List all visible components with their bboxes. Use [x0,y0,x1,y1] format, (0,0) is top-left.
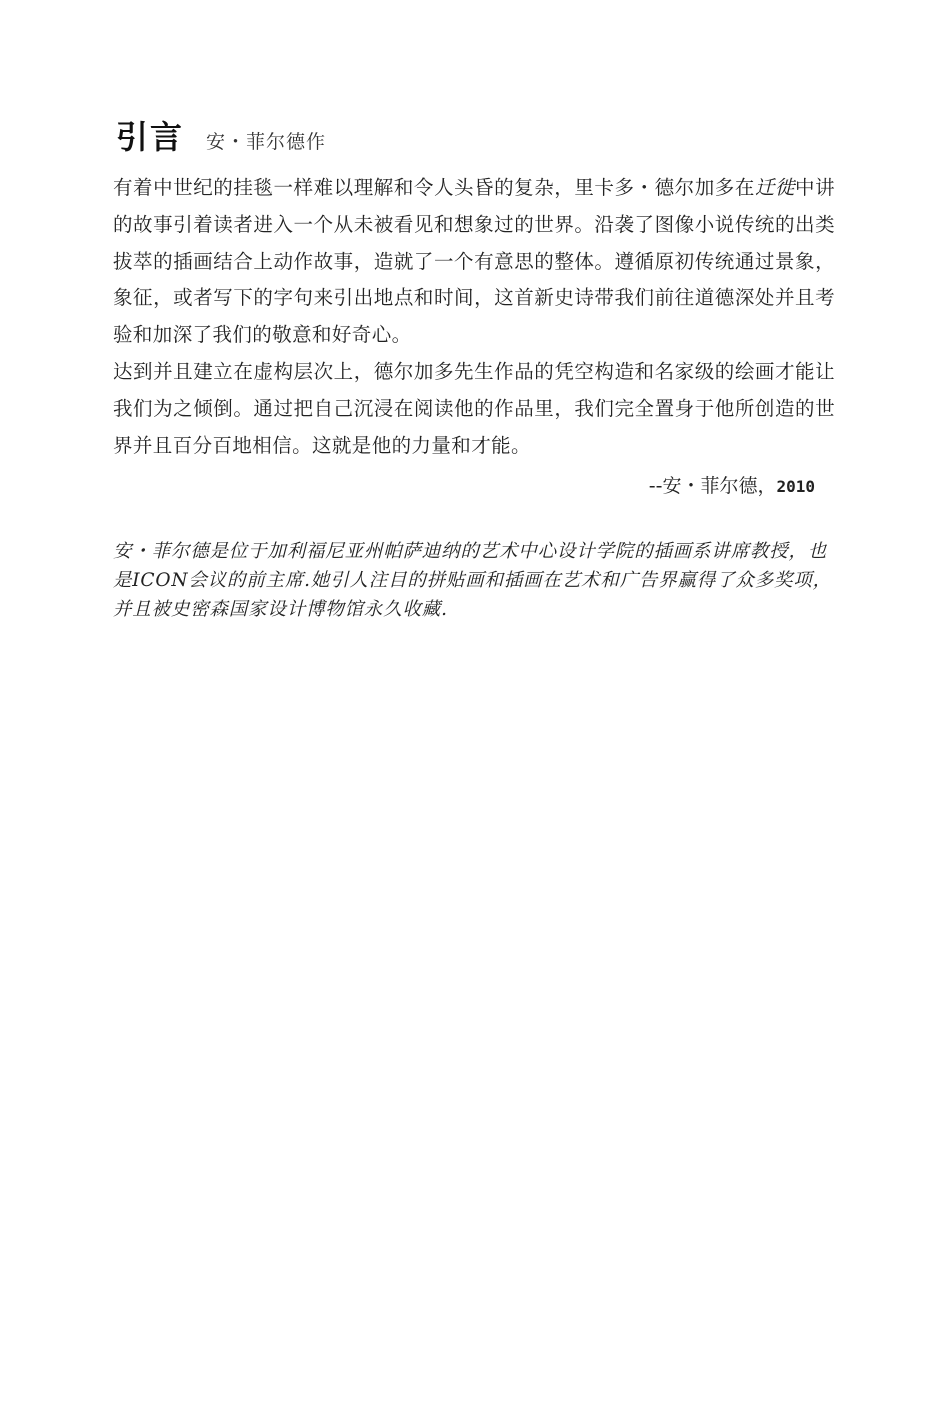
paragraph-1-text-a: 有着中世纪的挂毯一样难以理解和令人头昏的复杂，里卡多・德尔加多在 [113,176,755,199]
signature-name: --安・菲尔德， [649,475,777,497]
paragraph-2: 达到并且建立在虚构层次上，德尔加多先生作品的凭空构造和名家级的绘画才能让我们为之… [113,354,835,464]
book-title-italic: 迁徙 [755,176,795,199]
section-heading: 引言 安・菲尔德作 [116,112,326,158]
author-bio-text: 安・菲尔德是位于加利福尼亚州帕萨迪纳的艺术中心设计学院的插画系讲席教授，也是IC… [113,537,835,624]
paragraph-1: 有着中世纪的挂毯一样难以理解和令人头昏的复杂，里卡多・德尔加多在迁徙中讲的故事引… [113,170,835,354]
signature: --安・菲尔德，2010 [649,471,815,498]
introduction-body: 有着中世纪的挂毯一样难以理解和令人头昏的复杂，里卡多・德尔加多在迁徙中讲的故事引… [113,170,835,464]
page-title: 引言 [116,112,184,158]
author-byline: 安・菲尔德作 [206,127,326,154]
document-page: 引言 安・菲尔德作 有着中世纪的挂毯一样难以理解和令人头昏的复杂，里卡多・德尔加… [0,0,935,1404]
signature-year: 2010 [776,477,815,496]
paragraph-1-text-b: 中讲的故事引着读者进入一个从未被看见和想象过的世界。沿袭了图像小说传统的出类拔萃… [113,176,835,346]
author-bio: 安・菲尔德是位于加利福尼亚州帕萨迪纳的艺术中心设计学院的插画系讲席教授，也是IC… [113,537,835,624]
